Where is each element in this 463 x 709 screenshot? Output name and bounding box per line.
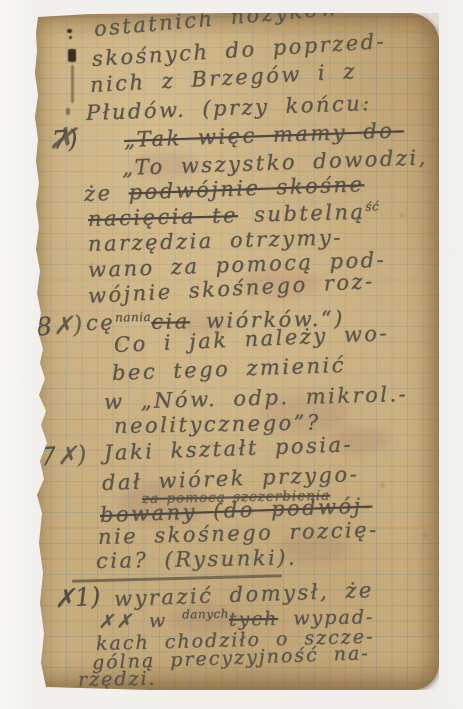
- handwritten-line: bec tego zmienić: [112, 355, 347, 384]
- notebook-paper-page: ostatnich nożyków skośnych do poprzed- n…: [30, 13, 439, 690]
- marker-number: ✗1): [53, 581, 102, 613]
- text-segment: w „Nów. odp. mikrol.-: [104, 382, 409, 414]
- binding-stain: [71, 65, 74, 103]
- scan-backdrop: ostatnich nożyków skośnych do poprzed- n…: [0, 0, 463, 709]
- handwritten-line: Płudów. (przy końcu:: [86, 93, 372, 124]
- pencil-underline: [72, 574, 282, 582]
- margin-marker-crossed: 7)✗: [51, 124, 79, 155]
- foxing-dot: [380, 483, 385, 488]
- inserted-correction: danych: [182, 607, 229, 622]
- marker-number: 8: [35, 312, 53, 342]
- inserted-correction: nania: [115, 310, 151, 325]
- text-segment: że: [84, 180, 129, 206]
- handwritten-line: neolitycznego”?: [114, 412, 321, 437]
- cross-out-icon: ✗: [47, 118, 78, 159]
- margin-marker: 7✗): [39, 439, 87, 471]
- handwritten-line: wyrazić domysł, że: [114, 580, 374, 610]
- handwritten-line: w „Nów. odp. mikrol.-: [104, 384, 409, 413]
- cross-out-icon: ✗): [56, 440, 87, 470]
- foxing-dot: [423, 533, 427, 537]
- handwritten-line: rzędzi.: [78, 670, 157, 690]
- foxing-dot: [400, 213, 404, 217]
- text-segment: ✗✗ w: [98, 610, 183, 633]
- text-segment: cę: [86, 310, 116, 335]
- handwritten-line: „Tak więc mamy do-: [124, 120, 405, 151]
- struck-text-segment: tych: [229, 608, 279, 631]
- binding-stain: [67, 29, 72, 33]
- text-segment: subtelną: [238, 200, 366, 227]
- struck-text-segment: nacięcia te: [88, 203, 239, 231]
- binding-stain: [68, 49, 76, 62]
- inserted-correction: ść: [365, 200, 379, 214]
- text-segment: cia? (Rysunki).: [96, 545, 297, 573]
- binding-stain: [66, 108, 70, 115]
- margin-marker: ✗1): [53, 581, 103, 613]
- text-segment: bec tego zmienić: [112, 353, 347, 385]
- cross-out-icon: ✗): [52, 310, 83, 340]
- text-segment: rzędzi.: [78, 668, 157, 691]
- marker-number: 7: [39, 442, 57, 472]
- handwritten-line: Jaki kształt posia-: [104, 434, 354, 464]
- binding-stain: [69, 36, 72, 39]
- margin-marker: 8✗): [35, 309, 83, 341]
- handwritten-line: cia? (Rysunki).: [96, 547, 297, 572]
